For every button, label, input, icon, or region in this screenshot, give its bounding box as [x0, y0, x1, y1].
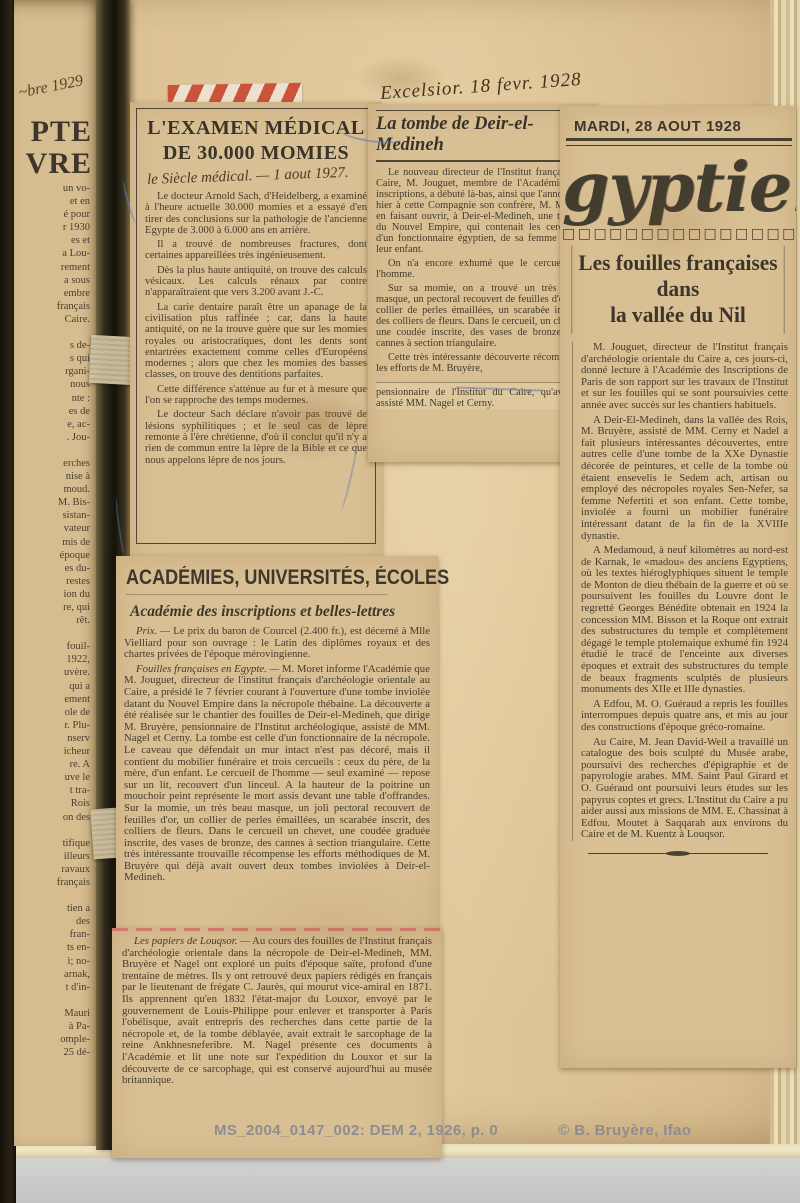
- paragraph: [0, 444, 90, 457]
- paragraph: Dès la plus haute antiquité, on trouve d…: [145, 265, 367, 299]
- paragraph: La carie dentaire paraît être un apanage…: [145, 302, 367, 381]
- clipping-body: Prix. — Le prix du baron de Courcel (2.4…: [124, 626, 430, 884]
- paragraph: erches: [0, 457, 90, 470]
- paragraph: uvère.: [0, 666, 90, 679]
- paragraph: a sous: [0, 274, 90, 287]
- paragraph: e, ac-: [0, 418, 90, 431]
- paragraph: Le docteur Arnold Sach, d'Heidelberg, a …: [145, 191, 367, 236]
- paragraph: M. Jouguet, directeur de l'Institut fran…: [581, 342, 788, 412]
- paragraph: illeurs: [0, 850, 90, 863]
- paragraph: tien a: [0, 902, 90, 915]
- paragraph: es et: [0, 234, 90, 247]
- paragraph: rgani-: [0, 365, 90, 378]
- headline-line2: la vallée du Nil: [574, 302, 782, 328]
- paragraph: Au Caire, M. Jean David-Weil a travaillé…: [581, 737, 788, 841]
- paragraph: Le nouveau directeur de l'Institut franç…: [376, 167, 583, 255]
- clipping-body: Le nouveau directeur de l'Institut franç…: [376, 167, 583, 374]
- paragraph: a Lou-: [0, 247, 90, 260]
- paragraph: on des: [0, 811, 90, 824]
- paragraph: moud.: [0, 483, 90, 496]
- clipping-printed-border: L'EXAMEN MÉDICAL DE 30.000 MOMIES le Siè…: [136, 108, 376, 544]
- clipping-newspaper-egyptien: MARDI, 28 AOUT 1928 gyptien □□□□□□□□□□□□…: [560, 106, 796, 1068]
- cut-headline-line: PTE: [0, 116, 92, 148]
- scanner-background: [0, 1158, 800, 1203]
- paragraph: r 1930: [0, 221, 90, 234]
- clipping-title: La tombe de Deir-el-Medineh: [376, 110, 583, 162]
- cut-headline-fragment: PTE VRE: [0, 116, 92, 180]
- paragraph: r. Plu-: [0, 719, 90, 732]
- newspaper-masthead: gyptien: [562, 150, 796, 226]
- clipping-title-line2: DE 30.000 MOMIES: [145, 142, 367, 165]
- paragraph: nous: [0, 378, 90, 391]
- paragraph: mis de: [0, 536, 90, 549]
- paragraph: s de-: [0, 339, 90, 352]
- paragraph: fran-: [0, 928, 90, 941]
- clipping-examen-medical: L'EXAMEN MÉDICAL DE 30.000 MOMIES le Siè…: [130, 102, 382, 568]
- cut-headline-line: VRE: [0, 148, 92, 180]
- paragraph: et en: [0, 195, 90, 208]
- rule-divider: [566, 138, 792, 146]
- paragraph: ement: [0, 693, 90, 706]
- paragraph: sistan-: [0, 509, 90, 522]
- paragraph: Les papiers de Louqsor. — Au cours des f…: [122, 936, 432, 1087]
- paragraph: rêt.: [0, 614, 90, 627]
- newspaper-article-body: M. Jouguet, directeur de l'Institut fran…: [572, 342, 788, 841]
- paragraph: t d'in-: [0, 981, 90, 994]
- paragraph: fouil-: [0, 640, 90, 653]
- paragraph: [0, 889, 90, 902]
- paragraph: é pour: [0, 208, 90, 221]
- paragraph: embre: [0, 287, 90, 300]
- paragraph: ravaux: [0, 863, 90, 876]
- paragraph: [0, 326, 90, 339]
- paragraph: des: [0, 915, 90, 928]
- paragraph: Cette très intéressante découverte récom…: [376, 352, 583, 374]
- newspaper-date: MARDI, 28 AOUT 1928: [574, 118, 796, 135]
- paragraph: restes: [0, 575, 90, 588]
- paragraph: français: [0, 300, 90, 313]
- paragraph: Le docteur Sach déclare n'avoir pas trou…: [145, 409, 367, 465]
- paragraph: nise à: [0, 470, 90, 483]
- end-of-article-rule: [588, 853, 768, 854]
- paragraph: à Pa-: [0, 1020, 90, 1033]
- paragraph: Il a trouvé de nombreuses fractures, don…: [145, 239, 367, 262]
- paragraph: nte :: [0, 392, 90, 405]
- paragraph: icheur: [0, 745, 90, 758]
- clipping-body: Les papiers de Louqsor. — Au cours des f…: [122, 936, 432, 1087]
- paragraph: [0, 627, 90, 640]
- section-header: ACADÉMIES, UNIVERSITÉS, ÉCOLES: [126, 566, 387, 595]
- headline-line1: Les fouilles françaises dans: [574, 250, 782, 302]
- paragraph: Mauri: [0, 1007, 90, 1020]
- paragraph: français: [0, 876, 90, 889]
- paragraph: [0, 824, 90, 837]
- paragraph: Sur sa momie, on a trouvé un très beau m…: [376, 283, 583, 349]
- paragraph: époque: [0, 549, 90, 562]
- archive-caption: MS_2004_0147_002: DEM 2, 1926, p. 0 © B.…: [214, 1122, 734, 1139]
- paragraph: Cette différence s'atténue au fur et à m…: [145, 384, 367, 407]
- paragraph: Prix. — Le prix du baron de Courcel (2.4…: [124, 626, 430, 661]
- paragraph: i; no-: [0, 955, 90, 968]
- archive-id: MS_2004_0147_002: DEM 2, 1926, p. 0: [214, 1122, 498, 1139]
- paragraph: tifique: [0, 837, 90, 850]
- paragraph: vateur: [0, 522, 90, 535]
- paragraph: [0, 994, 90, 1007]
- printers-ornament-row: □□□□□□□□□□□□□□□□□: [562, 226, 796, 242]
- fragment-text-lines: un vo-et ené pourr 1930es eta Lou-rement…: [0, 182, 90, 1059]
- paragraph: s qui: [0, 352, 90, 365]
- paragraph: es de: [0, 405, 90, 418]
- paragraph: Caire.: [0, 313, 90, 326]
- paragraph: un vo-: [0, 182, 90, 195]
- paragraph: A Edfou, M. O. Guéraud a repris les foui…: [581, 699, 788, 734]
- paragraph: On n'a encore exhumé que le cercueil de …: [376, 258, 583, 280]
- paragraph: qui a: [0, 680, 90, 693]
- paragraph: A Deir-El-Medineh, dans la vallée des Ro…: [581, 415, 788, 543]
- paragraph: Rois: [0, 797, 90, 810]
- handwritten-source-note: le Siècle médical. — 1 aout 1927.: [147, 164, 367, 189]
- paragraph: re. A: [0, 758, 90, 771]
- paragraph: A Medamoud, à neuf kilomètres au nord-es…: [581, 545, 788, 696]
- paragraph: . Jou-: [0, 431, 90, 444]
- clipping-addendum: pensionnaire de l'Institut du Caire, qu'…: [376, 382, 583, 409]
- clipping-title-line1: L'EXAMEN MÉDICAL: [145, 117, 367, 140]
- paragraph: nserv: [0, 732, 90, 745]
- paragraph: arnak,: [0, 968, 90, 981]
- paragraph: rement: [0, 261, 90, 274]
- clipping-column: La tombe de Deir-el-Medineh Le nouveau d…: [376, 110, 590, 409]
- paragraph: es du-: [0, 562, 90, 575]
- paragraph: re, qui: [0, 601, 90, 614]
- paragraph: t tra-: [0, 784, 90, 797]
- newspaper-headline: Les fouilles françaises dans la vallée d…: [571, 246, 784, 334]
- paragraph: uve le: [0, 771, 90, 784]
- copyright-credit: © B. Bruyère, Ifao: [558, 1122, 691, 1139]
- paragraph: omple-: [0, 1033, 90, 1046]
- paragraph: M. Bis-: [0, 496, 90, 509]
- clipping-academies: ACADÉMIES, UNIVERSITÉS, ÉCOLES Académie …: [116, 556, 438, 958]
- paragraph: 25 dé-: [0, 1046, 90, 1059]
- paragraph: 1922,: [0, 653, 90, 666]
- paragraph: ion du: [0, 588, 90, 601]
- paragraph: ts en-: [0, 941, 90, 954]
- clipping-body: Le docteur Arnold Sach, d'Heidelberg, a …: [145, 191, 367, 466]
- section-subheader: Académie des inscriptions et belles-lett…: [130, 603, 430, 621]
- paragraph: ole de: [0, 706, 90, 719]
- paragraph: Fouilles françaises en Egypte. — M. More…: [124, 664, 430, 884]
